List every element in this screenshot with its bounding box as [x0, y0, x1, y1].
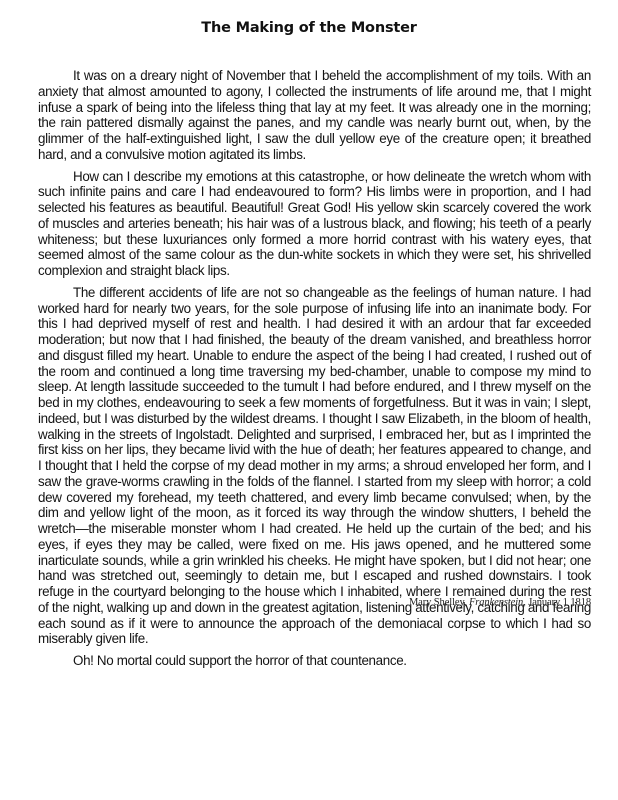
paragraph-3: The different accidents of life are not … [38, 285, 591, 647]
citation-work-title: Frankenstein [469, 597, 523, 608]
paragraph-4: Oh! No mortal could support the horror o… [38, 653, 591, 669]
document-title: The Making of the Monster [0, 20, 618, 36]
citation: Mary Shelley, Frankenstein, January 1 18… [409, 597, 591, 608]
paragraph-2: How can I describe my emotions at this c… [38, 169, 591, 279]
document-page: The Making of the Monster It was on a dr… [0, 0, 618, 800]
citation-date: , January 1 1818 [523, 597, 591, 608]
paragraph-1: It was on a dreary night of November tha… [38, 68, 591, 163]
document-body: It was on a dreary night of November tha… [38, 68, 591, 669]
citation-author: Mary Shelley, [409, 597, 469, 608]
